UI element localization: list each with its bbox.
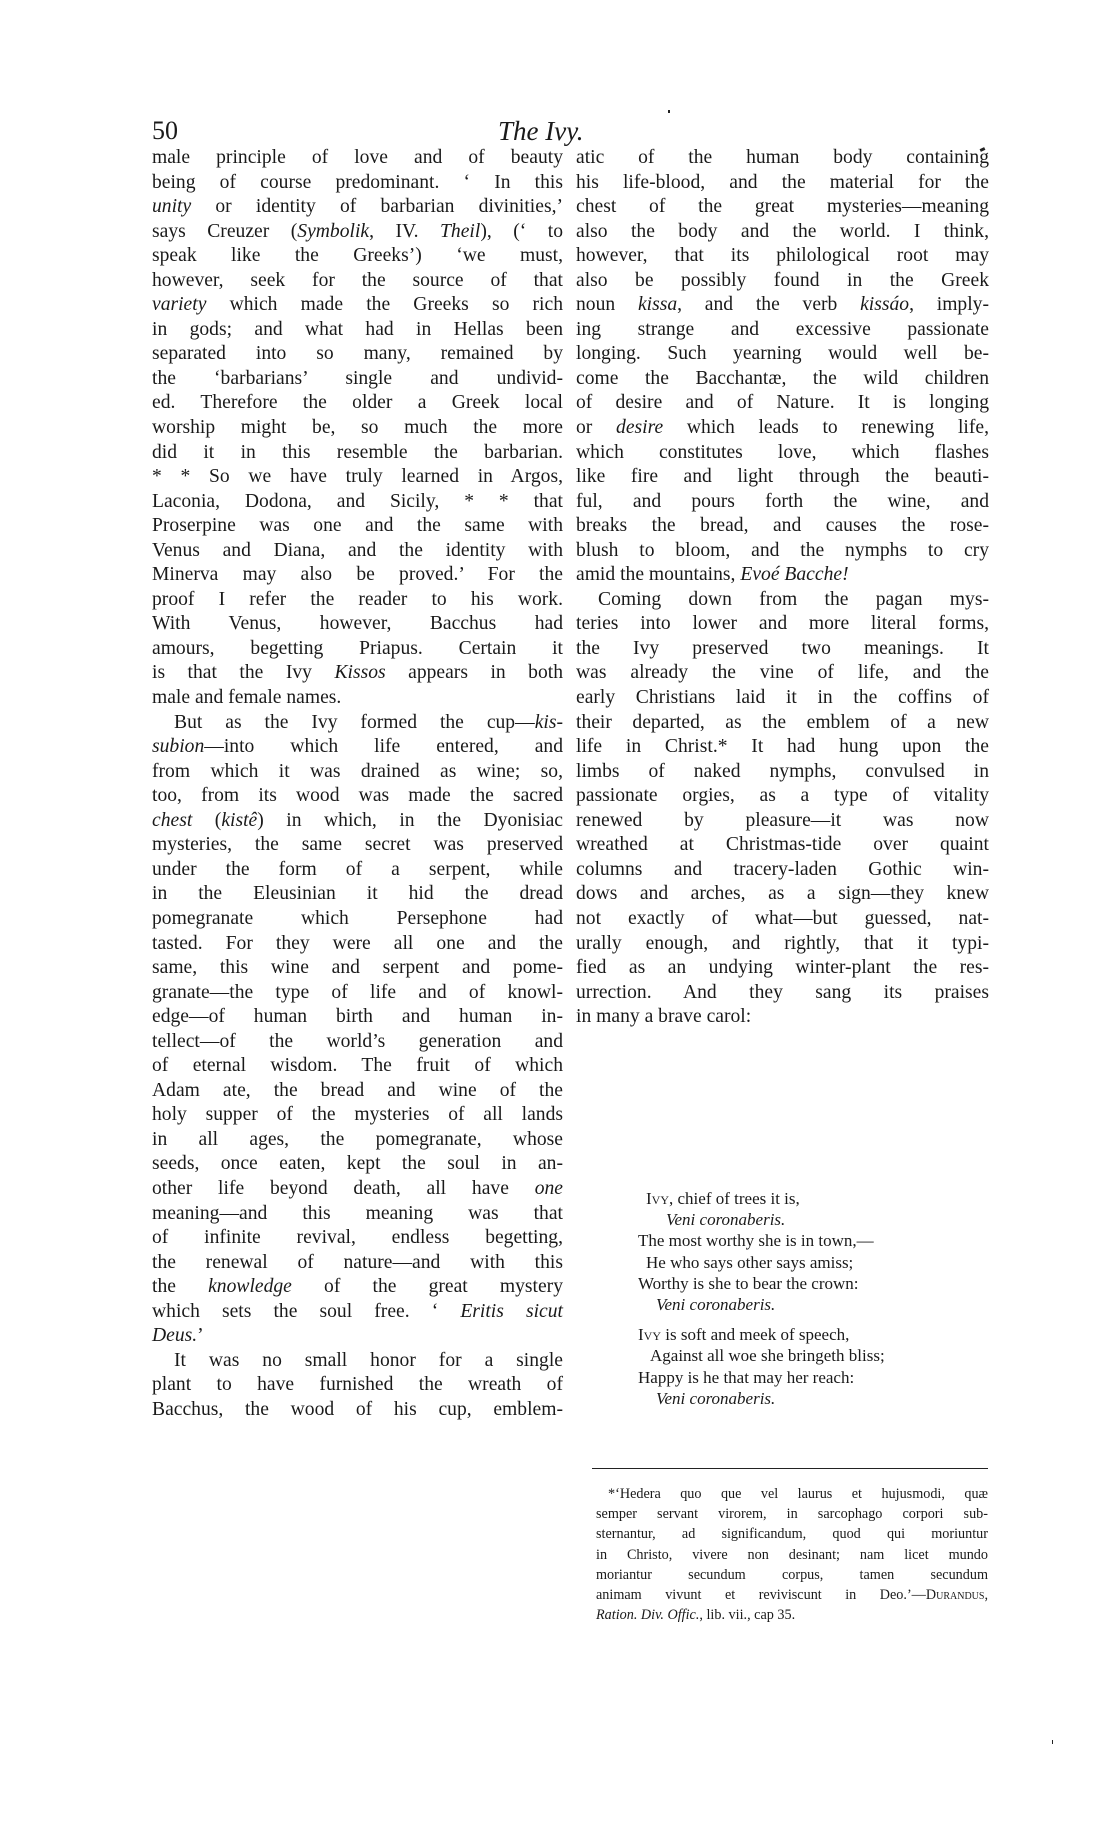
verse-line: Worthy is she to bear the crown:	[576, 1273, 989, 1294]
text-line: in the Eleusinian it hid the dread	[152, 882, 563, 907]
text-line: Venus and Diana, and the identity with	[152, 539, 563, 564]
verse-line: Ivy is soft and meek of speech,	[576, 1324, 989, 1345]
text-line: from which it was drained as wine; so,	[152, 760, 563, 785]
footnote-rule	[592, 1468, 988, 1469]
running-title: The Ivy.	[498, 116, 583, 147]
book-page: 50 The Ivy. male principle of love and o…	[0, 0, 1120, 1825]
text-line: the renewal of nature—and with this	[152, 1251, 563, 1276]
text-line: worship might be, so much the more	[152, 416, 563, 441]
text-line: Deus.’	[152, 1324, 563, 1349]
verse-line: Ivy, chief of trees it is,	[576, 1188, 989, 1209]
page-number: 50	[152, 116, 178, 146]
text-line: passionate orgies, as a type of vitality	[576, 784, 989, 809]
footnote-line: in Christo, vivere non desinant; nam lic…	[596, 1545, 988, 1565]
text-line: variety which made the Greeks so rich	[152, 293, 563, 318]
text-line: With Venus, however, Bacchus had	[152, 612, 563, 637]
text-line: ful, and pours forth the wine, and	[576, 490, 989, 515]
text-line: says Creuzer (Symbolik, IV. Theil), (‘ t…	[152, 220, 563, 245]
text-line: in gods; and what had in Hellas been	[152, 318, 563, 343]
text-line: wreathed at Christmas-tide over quaint	[576, 833, 989, 858]
scan-speck	[1052, 1740, 1053, 1744]
text-line: of infinite revival, endless begetting,	[152, 1226, 563, 1251]
text-line: the Ivy preserved two meanings. It	[576, 637, 989, 662]
text-line: come the Bacchantæ, the wild children	[576, 367, 989, 392]
text-line: male and female names.	[152, 686, 563, 711]
text-line: Proserpine was one and the same with	[152, 514, 563, 539]
text-line: columns and tracery-laden Gothic win-	[576, 858, 989, 883]
text-line: Minerva may also be proved.’ For the	[152, 563, 563, 588]
text-line: Bacchus, the wood of his cup, emblem-	[152, 1398, 563, 1423]
paragraph-start: It was no small honor for a single	[152, 1349, 563, 1374]
text-line: of desire and of Nature. It is longing	[576, 391, 989, 416]
verse-line: He who says other says amiss;	[576, 1252, 989, 1273]
text-line: noun kissa, and the verb kissáo, imply-	[576, 293, 989, 318]
text-line: in all ages, the pomegranate, whose	[152, 1128, 563, 1153]
text-line: teries into lower and more literal forms…	[576, 612, 989, 637]
text-line: the knowledge of the great mystery	[152, 1275, 563, 1300]
text-line: mysteries, the same secret was preserved	[152, 833, 563, 858]
text-line: being of course predominant. ‘ In this	[152, 171, 563, 196]
text-line: Laconia, Dodona, and Sicily, * * that	[152, 490, 563, 515]
text-line: edge—of human birth and human in-	[152, 1005, 563, 1030]
text-line: is that the Ivy Kissos appears in both	[152, 661, 563, 686]
text-line: male principle of love and of beauty	[152, 146, 563, 171]
text-line: ed. Therefore the older a Greek local	[152, 391, 563, 416]
text-line: also be possibly found in the Greek	[576, 269, 989, 294]
text-line: limbs of naked nymphs, convulsed in	[576, 760, 989, 785]
text-line: atic of the human body containing	[576, 146, 989, 171]
text-line: granate—the type of life and of knowl-	[152, 981, 563, 1006]
italic-term: unity	[152, 196, 191, 217]
text-line: amid the mountains, Evoé Bacche!	[576, 563, 989, 588]
text-line: too, from its wood was made the sacred	[152, 784, 563, 809]
text-line: life in Christ.* It had hung upon the	[576, 735, 989, 760]
footnote-line: sternantur, ad significandum, quod qui m…	[596, 1524, 988, 1544]
text-line: not exactly of what—but guessed, nat-	[576, 907, 989, 932]
text-line: renewed by pleasure—it was now	[576, 809, 989, 834]
text-line: which sets the soul free. ‘ Eritis sicut	[152, 1300, 563, 1325]
paragraph-start: But as the Ivy formed the cup—kis-	[152, 711, 563, 736]
text-line: under the form of a serpent, while	[152, 858, 563, 883]
text-line: the ‘barbarians’ single and undivid-	[152, 367, 563, 392]
text-line: their departed, as the emblem of a new	[576, 711, 989, 736]
text-line: of eternal wisdom. The fruit of which	[152, 1054, 563, 1079]
text-line: like fire and light through the beauti-	[576, 465, 989, 490]
text-line: was already the vine of life, and the	[576, 661, 989, 686]
footnote: *‘Hedera quo que vel laurus et hujusmodi…	[596, 1484, 988, 1625]
text-line: early Christians laid it in the coffins …	[576, 686, 989, 711]
text-line: tasted. For they were all one and the	[152, 932, 563, 957]
text-line: seeds, once eaten, kept the soul in an-	[152, 1152, 563, 1177]
right-column: atic of the human body containing his li…	[576, 146, 989, 1030]
text-line: however, seek for the source of that	[152, 269, 563, 294]
text-line: also the body and the world. I think,	[576, 220, 989, 245]
text-line: dows and arches, as a sign—they knew	[576, 882, 989, 907]
text-line: however, that its philological root may	[576, 244, 989, 269]
text-line: same, this wine and serpent and pome-	[152, 956, 563, 981]
text-line: subion—into which life entered, and	[152, 735, 563, 760]
text-line: speak like the Greeks’) ‘we must,	[152, 244, 563, 269]
text-line: other life beyond death, all have one	[152, 1177, 563, 1202]
text-line: separated into so many, remained by	[152, 342, 563, 367]
text-line: urrection. And they sang its praises	[576, 981, 989, 1006]
text-line: blush to bloom, and the nymphs to cry	[576, 539, 989, 564]
verse-line: Happy is he that may her reach:	[576, 1367, 989, 1388]
text-line: fied as an undying winter-plant the res-	[576, 956, 989, 981]
left-column: male principle of love and of beauty bei…	[152, 146, 563, 1422]
running-head: 50 The Ivy.	[152, 116, 988, 150]
text-line: unity or identity of barbarian divinitie…	[152, 195, 563, 220]
text-line: longing. Such yearning would well be-	[576, 342, 989, 367]
text-line: did it in this resemble the barbarian.	[152, 441, 563, 466]
text-line: * * So we have truly learned in Argos,	[152, 465, 563, 490]
text-line: pomegranate which Persephone had	[152, 907, 563, 932]
text-line: in many a brave carol:	[576, 1005, 989, 1030]
paragraph-start: Coming down from the pagan mys-	[576, 588, 989, 613]
verse-line: Against all woe she bringeth bliss;	[576, 1345, 989, 1366]
text-line: amours, begetting Priapus. Certain it	[152, 637, 563, 662]
text-line: which constitutes love, which flashes	[576, 441, 989, 466]
text-line: or desire which leads to renewing life,	[576, 416, 989, 441]
footnote-line: *‘Hedera quo que vel laurus et hujusmodi…	[596, 1484, 988, 1504]
carol-verse: Ivy, chief of trees it is, Veni coronabe…	[576, 1188, 989, 1409]
text-line: holy supper of the mysteries of all land…	[152, 1103, 563, 1128]
footnote-line: semper servant virorem, in sarcophago co…	[596, 1504, 988, 1524]
text-line: proof I refer the reader to his work.	[152, 588, 563, 613]
text-line: breaks the bread, and causes the rose-	[576, 514, 989, 539]
text-line: plant to have furnished the wreath of	[152, 1373, 563, 1398]
footnote-line: animam vivunt et reviviscunt in Deo.’—Du…	[596, 1585, 988, 1605]
verse-line: The most worthy she is in town,—	[576, 1230, 989, 1251]
text-line: chest of the great mysteries—meaning	[576, 195, 989, 220]
text-line: ing strange and excessive passionate	[576, 318, 989, 343]
text-line: Adam ate, the bread and wine of the	[152, 1079, 563, 1104]
scan-speck	[668, 110, 670, 113]
footnote-line: Ration. Div. Offic., lib. vii., cap 35.	[596, 1605, 988, 1625]
verse-refrain: Veni coronaberis.	[576, 1209, 989, 1230]
text-line: urally enough, and rightly, that it typi…	[576, 932, 989, 957]
text-line: his life-blood, and the material for the	[576, 171, 989, 196]
verse-refrain: Veni coronaberis.	[576, 1388, 989, 1409]
verse-refrain: Veni coronaberis.	[576, 1294, 989, 1315]
text-line: chest (kistê) in which, in the Dyonisiac	[152, 809, 563, 834]
text-line: tellect—of the world’s generation and	[152, 1030, 563, 1055]
footnote-line: moriantur secundum corpus, tamen secundu…	[596, 1565, 988, 1585]
text-line: meaning—and this meaning was that	[152, 1202, 563, 1227]
